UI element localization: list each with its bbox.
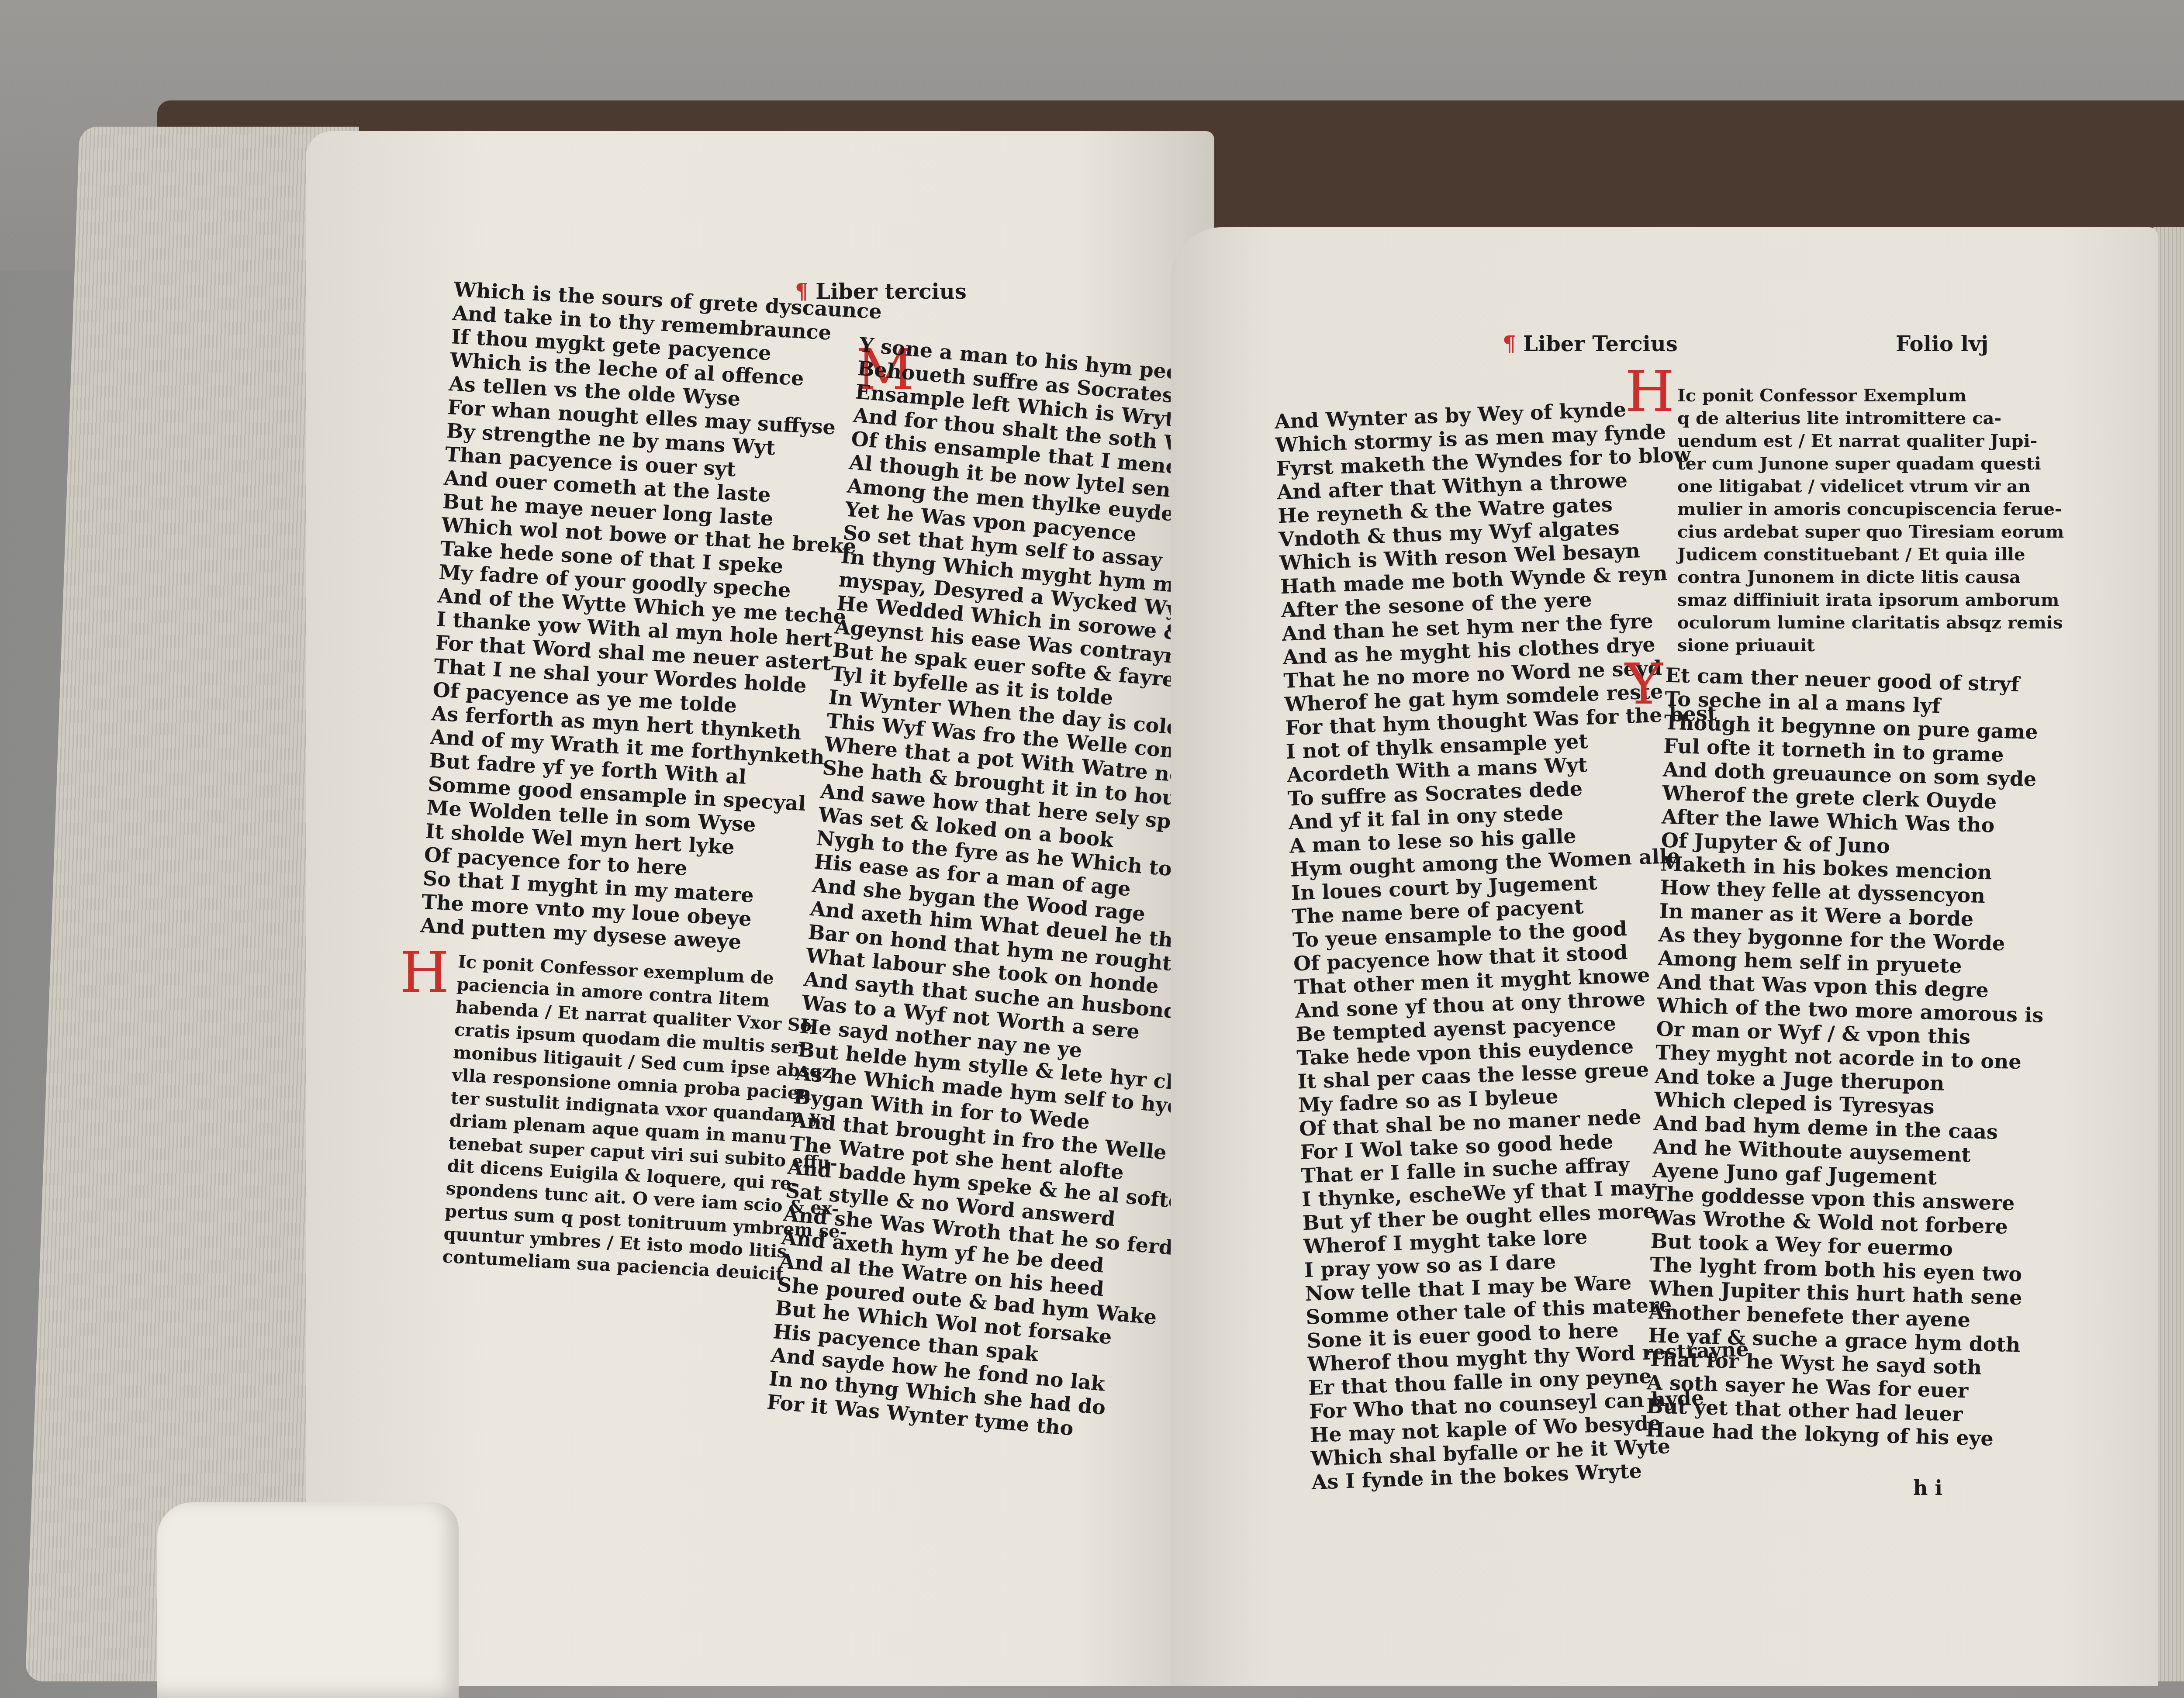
text-line: one litigabat / videlicet vtrum vir an bbox=[1677, 475, 2064, 498]
text-line: mulier in amoris concupiscencia ferue- bbox=[1677, 498, 2064, 521]
rubric-initial-h: H bbox=[1625, 358, 1674, 424]
text-line: Judicem constituebant / Et quia ille bbox=[1677, 543, 2064, 566]
text-line: uendum est / Et narrat qualiter Jupi- bbox=[1677, 430, 2064, 452]
left-page: ¶ Liber tercius Which is the sours of gr… bbox=[306, 131, 1214, 1686]
text-line: smaz diffiniuit irata ipsorum amborum bbox=[1677, 589, 2064, 611]
rubric-initial: H bbox=[400, 939, 449, 1005]
text-line: cius ardebat super quo Tiresiam eorum bbox=[1677, 521, 2064, 543]
text-line: ter cum Junone super quadam questi bbox=[1677, 452, 2064, 475]
text-line: oculorum lumine claritatis absqz remis bbox=[1677, 611, 2064, 634]
text-line: contra Junonem in dicte litis causa bbox=[1677, 566, 2064, 589]
text-line: sione priuauit bbox=[1677, 634, 2064, 657]
right-page: ¶ Liber Tercius Folio lvj And Wynter as … bbox=[1171, 227, 2158, 1686]
right-running-header: ¶ Liber Tercius bbox=[1503, 332, 1678, 356]
right-column-2: Et cam ther neuer good of stryfTo seche … bbox=[1645, 663, 2053, 1452]
text-line: q de alterius lite intromittere ca- bbox=[1677, 407, 2064, 430]
rubric-initial-y: Y bbox=[1625, 651, 1662, 717]
left-column-1: Which is the sours of grete dyscaunceAnd… bbox=[420, 277, 882, 959]
signature-mark: h i bbox=[1913, 1476, 1942, 1500]
book-support-pillow bbox=[157, 1502, 459, 1698]
folio-number: Folio lvj bbox=[1896, 332, 1988, 356]
text-line: Ic ponit Confessor Exemplum bbox=[1677, 384, 2064, 407]
pilcrow-icon: ¶ bbox=[1503, 332, 1516, 356]
page-edges-right bbox=[2153, 227, 2184, 1681]
right-column-2-latin: Ic ponit Confessor Exemplumq de alterius… bbox=[1677, 384, 2064, 657]
